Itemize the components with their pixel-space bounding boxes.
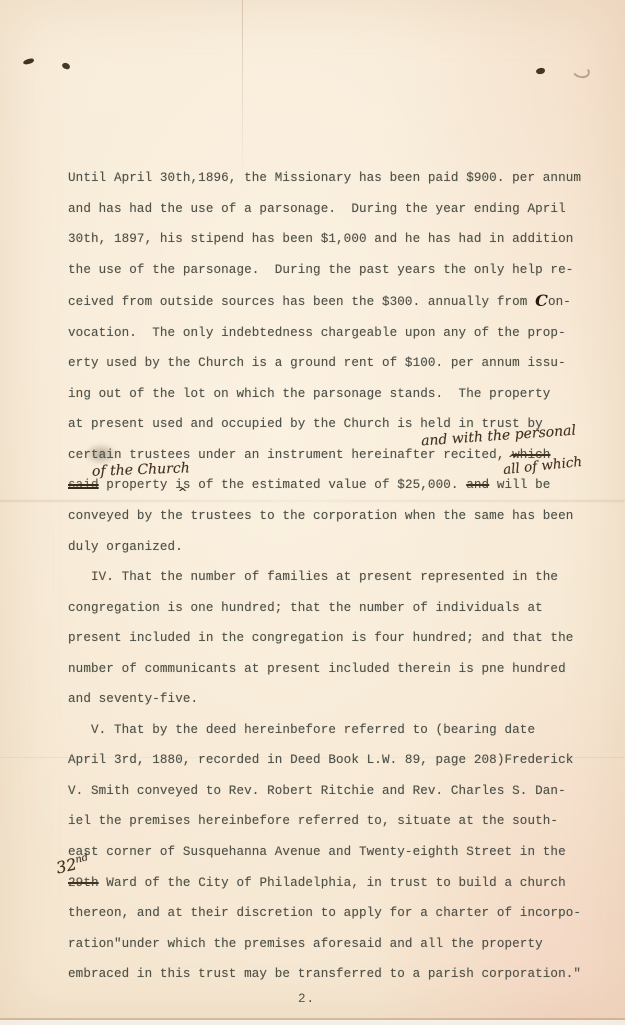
typed-line-18: and seventy-five. bbox=[68, 684, 590, 715]
typed-line-25: thereon, and at their discretion to appl… bbox=[68, 898, 590, 929]
ward-suffix: nd bbox=[74, 852, 89, 866]
typed-line-04: the use of the parsonage. During the pas… bbox=[68, 255, 590, 286]
struck-word-29th: 29th bbox=[68, 876, 99, 890]
handwritten-insertion-of-the-church: of the Church bbox=[92, 460, 190, 479]
typed-line-11-mid: property is of the estimated value of $2… bbox=[99, 478, 467, 492]
typed-line-03: 30th, 1897, his stipend has been $1,000 … bbox=[68, 224, 590, 255]
struck-word-and: and bbox=[466, 478, 489, 492]
handwritten-capital-c: C bbox=[535, 286, 548, 317]
typed-line-10-start: certain trustees under an instrument her… bbox=[68, 448, 512, 462]
typed-line-02: and has had the use of a parsonage. Duri… bbox=[68, 194, 590, 225]
typed-line-08: ing out of the lot on which the parsonag… bbox=[68, 379, 590, 410]
struck-word-said: said bbox=[68, 478, 99, 492]
typed-line-05: ceived from outside sources has been the… bbox=[68, 285, 590, 318]
typed-line-05-end: on- bbox=[548, 295, 571, 309]
scan-background-strip bbox=[0, 1020, 625, 1025]
typed-body: Until April 30th,1896, the Missionary ha… bbox=[68, 163, 590, 990]
typed-line-12: conveyed by the trustees to the corporat… bbox=[68, 501, 590, 532]
typed-line-24: 29th Ward of the City of Philadelphia, i… bbox=[68, 868, 590, 899]
ink-curve-mark bbox=[571, 63, 592, 80]
typed-line-13: duly organized. bbox=[68, 532, 590, 563]
typed-line-26: ration"under which the premises aforesai… bbox=[68, 929, 590, 960]
typed-line-06: vocation. The only indebtedness chargeab… bbox=[68, 318, 590, 349]
typed-line-16: present included in the congregation is … bbox=[68, 623, 590, 654]
document-page: Until April 30th,1896, the Missionary ha… bbox=[0, 0, 625, 1025]
typed-line-07: erty used by the Church is a ground rent… bbox=[68, 348, 590, 379]
typed-line-17: number of communicants at present includ… bbox=[68, 654, 590, 685]
typed-line-21: V. Smith conveyed to Rev. Robert Ritchie… bbox=[68, 776, 590, 807]
page-number: 2. bbox=[298, 992, 315, 1006]
typed-line-27: embraced in this trust may be transferre… bbox=[68, 959, 590, 990]
typed-line-05-start: ceived from outside sources has been the… bbox=[68, 295, 535, 309]
ink-blot-left-1 bbox=[23, 58, 35, 66]
typed-line-22: iel the premises hereinbefore referred t… bbox=[68, 806, 590, 837]
typed-line-01: Until April 30th,1896, the Missionary ha… bbox=[68, 163, 590, 194]
typed-line-24-end: Ward of the City of Philadelphia, in tru… bbox=[99, 876, 566, 890]
ink-blot-right bbox=[536, 67, 546, 74]
typed-line-15: congregation is one hundred; that the nu… bbox=[68, 593, 590, 624]
typed-line-19: V. That by the deed hereinbefore referre… bbox=[68, 715, 590, 746]
typed-line-23: east corner of Susquehanna Avenue and Tw… bbox=[68, 837, 590, 868]
typed-line-11-end: will be bbox=[489, 478, 550, 492]
typed-line-20: April 3rd, 1880, recorded in Deed Book L… bbox=[68, 745, 590, 776]
typed-line-14: IV. That the number of families at prese… bbox=[68, 562, 590, 593]
insertion-caret-2: ^ bbox=[178, 486, 187, 499]
ink-blot-left-2 bbox=[61, 62, 70, 70]
